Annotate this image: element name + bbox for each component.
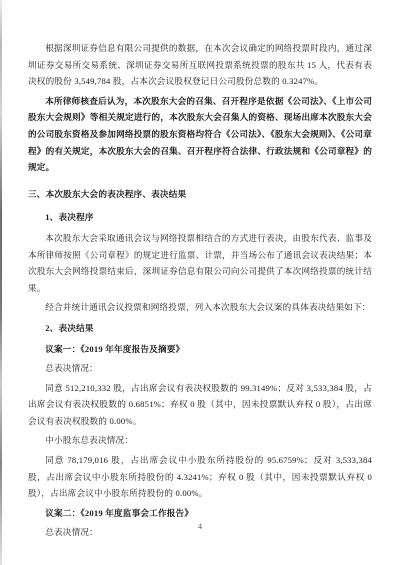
proposal-2-title: 议案二：《2019 年度监事会工作报告》 xyxy=(28,505,372,522)
proposal-1-title: 议案一：《2019 年年度报告及摘要》 xyxy=(28,341,372,358)
document-content: 根据深圳证券信息有限公司提供的数据，在本次会议确定的网络投票时段内，通过深圳证券… xyxy=(28,40,372,544)
label-total-vote-result-proposal-1: 总表决情况： xyxy=(28,360,372,377)
paragraph-combined-count-intro: 经合并统计通讯会议投票和网络投票，列入本次股东大会议案的具体表决结果如下： xyxy=(28,299,372,316)
paragraph-network-voting-statistics: 根据深圳证券信息有限公司提供的数据，在本次会议确定的网络投票时段内，通过深圳证券… xyxy=(28,40,372,90)
subheading-voting-procedure: 1、表决程序 xyxy=(28,209,372,226)
section-heading-voting-procedure-and-results: 三、本次股东大会的表决程序、表决结果 xyxy=(28,186,372,203)
scan-edge-artifact xyxy=(0,0,2,565)
paragraph-voting-method: 本次股东大会采取通讯会议与网络投票相结合的方式进行表决，由股东代表、监事及本所律… xyxy=(28,230,372,296)
subheading-voting-results: 2、表决结果 xyxy=(28,320,372,337)
document-page: 根据深圳证券信息有限公司提供的数据，在本次会议确定的网络投票时段内，通过深圳证券… xyxy=(0,0,400,565)
page-number: 4 xyxy=(0,522,400,531)
paragraph-lawyer-opinion: 本所律师核查后认为，本次股东大会的召集、召开程序是依据《公司法》、《上市公司股东… xyxy=(28,93,372,176)
paragraph-minority-shareholder-vote-proposal-1: 同意 78,179,016 股，占出席会议中小股东所持股份的 95.6759%；… xyxy=(28,452,372,502)
label-minority-shareholder-vote-proposal-1: 中小股东总表决情况： xyxy=(28,432,372,449)
paragraph-total-vote-result-proposal-1: 同意 512,210,332 股，占出席会议有表决权股数的 99.3149%；反… xyxy=(28,380,372,430)
